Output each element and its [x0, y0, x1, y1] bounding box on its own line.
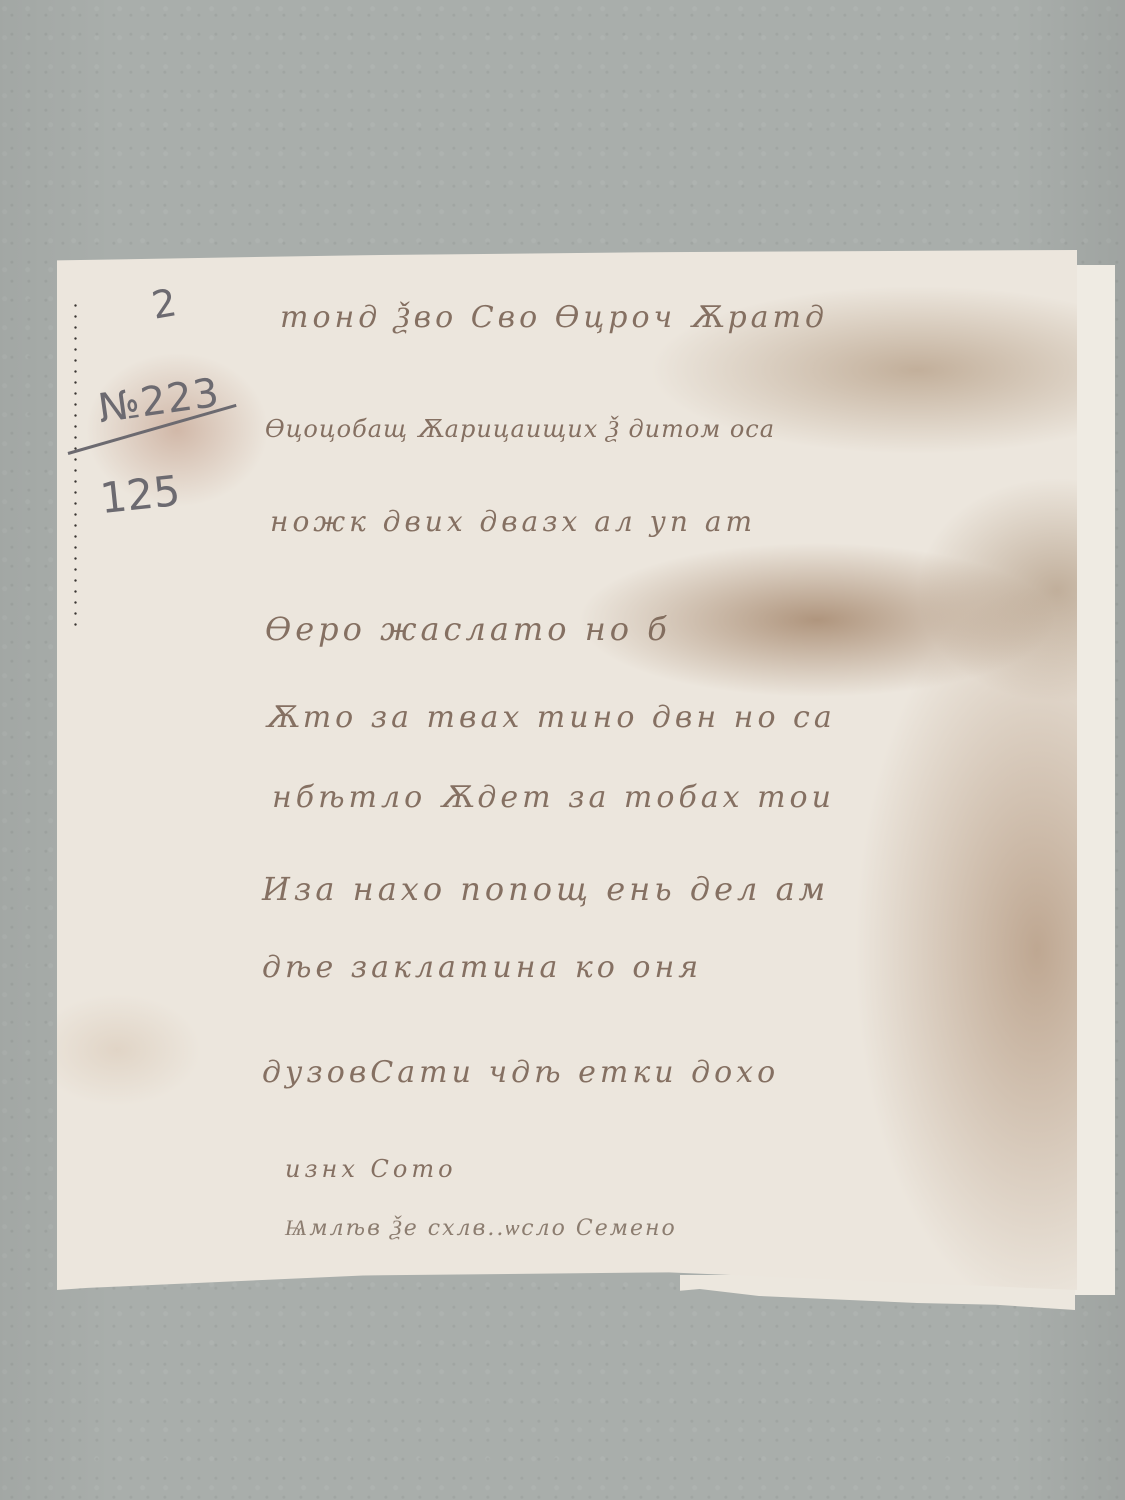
manuscript-line: дузовСати чдѣ етки дохо — [262, 1055, 779, 1090]
manuscript-line: Ѳцоцобащ Ѫарицаищих Ѯ дитом оса — [265, 415, 775, 444]
perforation-marks — [74, 300, 77, 630]
manuscript-line: нбѣтло Ѫдет за тобах тои — [272, 780, 835, 815]
manuscript-line: Иза нахо попощ ень дел ам — [262, 870, 829, 908]
archival-folio-number: 125 — [98, 466, 183, 523]
manuscript-line: ножк двих двазх ал уп ат — [270, 505, 756, 538]
manuscript-line: Ѫто за твах тино двн но са — [265, 700, 836, 735]
manuscript-line: Ѳеро жаслато но б — [265, 610, 671, 648]
signature-line: Ѩмлѣв Ѯе схлв..ѡсло Семено — [285, 1215, 677, 1241]
manuscript-line: изнх Сото — [285, 1155, 457, 1183]
manuscript-line: тонд Ѯво Сво Ѳцроч Ѫратд — [280, 300, 828, 335]
manuscript-line: дѣе заклатина ко оня — [262, 950, 702, 985]
